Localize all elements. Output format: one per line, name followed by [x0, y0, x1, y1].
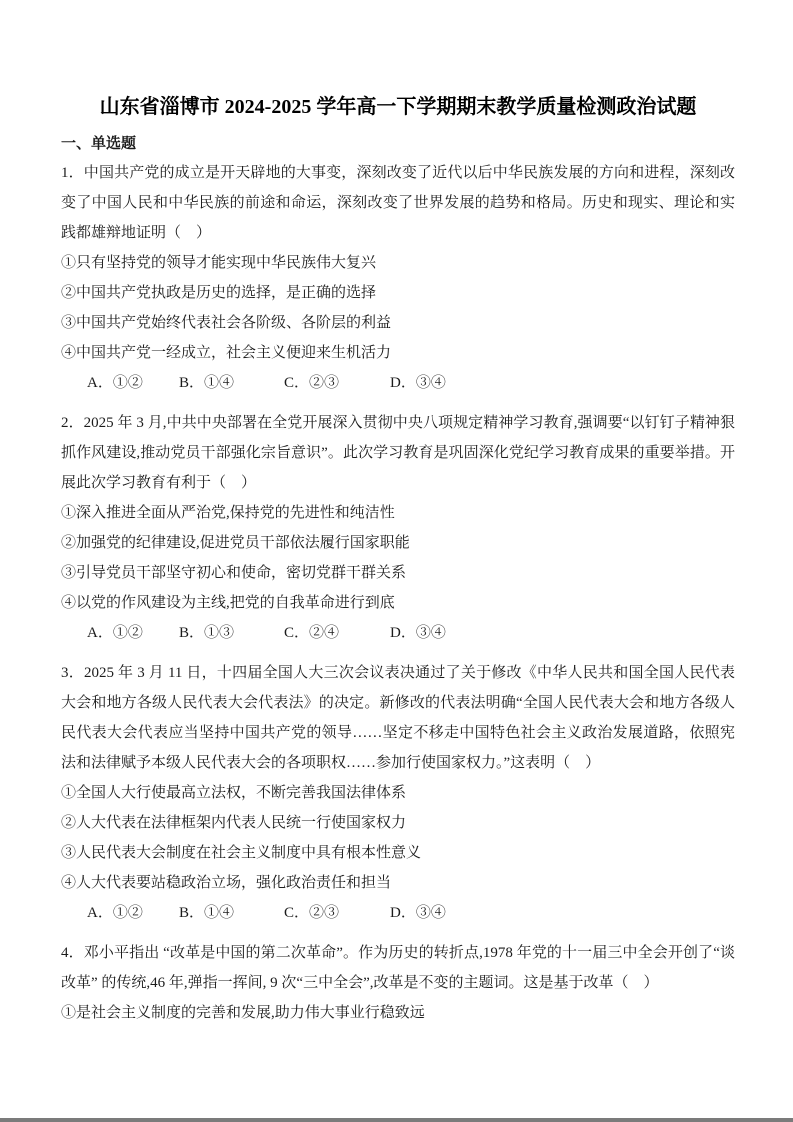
choice-b: B．①④: [179, 368, 284, 398]
choice-d: D．③④: [390, 618, 735, 648]
question-option: ①是社会主义制度的完善和发展,助力伟大事业行稳致远: [61, 998, 735, 1028]
choice-d: D．③④: [390, 368, 735, 398]
question-option: ①全国人大行使最高立法权，不断完善我国法律体系: [61, 778, 735, 808]
question-option: ③中国共产党始终代表社会各阶级、各阶层的利益: [61, 308, 735, 338]
question-stem: 3．2025 年 3 月 11 日，十四届全国人大三次会议表决通过了关于修改《中…: [61, 658, 735, 778]
question-2: 2．2025 年 3 月,中共中央部署在全党开展深入贯彻中央八项规定精神学习教育…: [61, 408, 735, 648]
page-title: 山东省淄博市 2024-2025 学年高一下学期期末教学质量检测政治试题: [61, 92, 735, 122]
choice-row: A．①② B．①④ C．②③ D．③④: [61, 368, 735, 398]
question-option: ②中国共产党执政是历史的选择，是正确的选择: [61, 278, 735, 308]
choice-b: B．①④: [179, 898, 284, 928]
question-stem: 4．邓小平指出 “改革是中国的第二次革命”。作为历史的转折点,1978 年党的十…: [61, 938, 735, 998]
question-option: ③人民代表大会制度在社会主义制度中具有根本性意义: [61, 838, 735, 868]
question-option: ③引导党员干部坚守初心和使命，密切党群干群关系: [61, 558, 735, 588]
question-option: ④中国共产党一经成立，社会主义便迎来生机活力: [61, 338, 735, 368]
question-option: ④人大代表要站稳政治立场，强化政治责任和担当: [61, 868, 735, 898]
question-stem: 1．中国共产党的成立是开天辟地的大事变，深刻改变了近代以后中华民族发展的方向和进…: [61, 158, 735, 248]
question-option: ④以党的作风建设为主线,把党的自我革命进行到底: [61, 588, 735, 618]
choice-row: A．①② B．①④ C．②③ D．③④: [61, 898, 735, 928]
choice-a: A．①②: [87, 368, 179, 398]
question-option: ②加强党的纪律建设,促进党员干部依法履行国家职能: [61, 528, 735, 558]
exam-document: 山东省淄博市 2024-2025 学年高一下学期期末教学质量检测政治试题 一、单…: [61, 0, 735, 1038]
question-1: 1．中国共产党的成立是开天辟地的大事变，深刻改变了近代以后中华民族发展的方向和进…: [61, 158, 735, 398]
choice-a: A．①②: [87, 898, 179, 928]
question-stem: 2．2025 年 3 月,中共中央部署在全党开展深入贯彻中央八项规定精神学习教育…: [61, 408, 735, 498]
section-heading: 一、单选题: [61, 130, 735, 158]
choice-c: C．②③: [284, 368, 390, 398]
question-option: ①只有坚持党的领导才能实现中华民族伟大复兴: [61, 248, 735, 278]
question-4: 4．邓小平指出 “改革是中国的第二次革命”。作为历史的转折点,1978 年党的十…: [61, 938, 735, 1028]
choice-b: B．①③: [179, 618, 284, 648]
choice-row: A．①② B．①③ C．②④ D．③④: [61, 618, 735, 648]
question-option: ②人大代表在法律框架内代表人民统一行使国家权力: [61, 808, 735, 838]
choice-a: A．①②: [87, 618, 179, 648]
question-option: ①深入推进全面从严治党,保持党的先进性和纯洁性: [61, 498, 735, 528]
choice-d: D．③④: [390, 898, 735, 928]
window-bottom-edge: [0, 1118, 793, 1122]
question-3: 3．2025 年 3 月 11 日，十四届全国人大三次会议表决通过了关于修改《中…: [61, 658, 735, 928]
choice-c: C．②③: [284, 898, 390, 928]
choice-c: C．②④: [284, 618, 390, 648]
